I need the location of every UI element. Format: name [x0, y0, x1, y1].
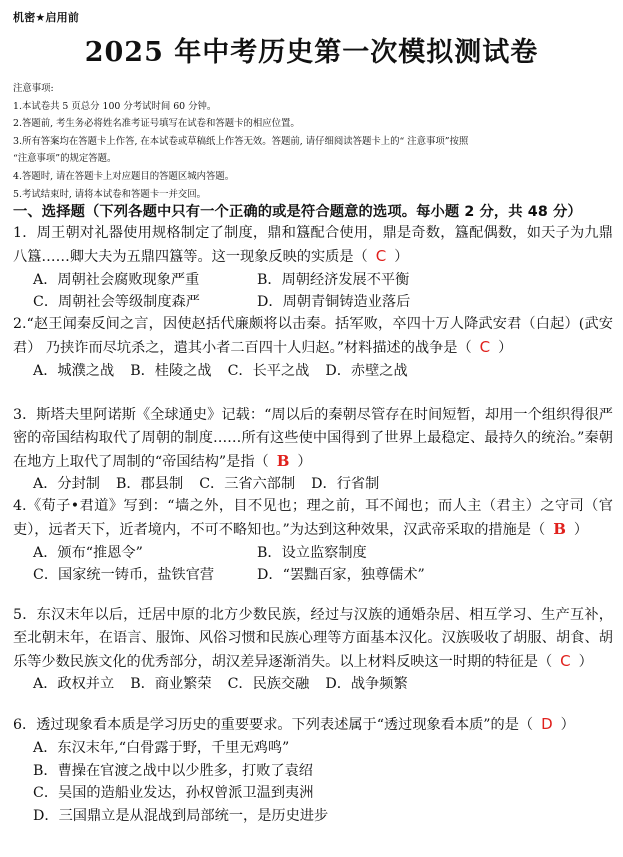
option-b: B．设立监察制度 — [257, 542, 481, 565]
question-stem: 6．透过现象看本质是学习历史的重要要求。下列表述属于“透过现象看本质”的是（D） — [13, 713, 613, 737]
option-c: C．长平之战 — [228, 360, 310, 383]
question-stem: 4.《荀子•君道》写到：“墙之外，目不见也；理之前，耳不闻也；而人主（君主）之守… — [13, 495, 613, 542]
option-a: A．城濮之战 — [33, 360, 114, 383]
confidential-label: 机密★启用前 — [13, 9, 79, 25]
option-d: D．赤壁之战 — [325, 360, 407, 383]
question-stem: 2.“赵王闻秦反间之言，因使赵括代廉颇将以击秦。括军败，卒四十万人降武安君（白起… — [13, 313, 613, 360]
option-d: D．行省制 — [311, 473, 379, 496]
answer-mark: D — [533, 715, 561, 733]
options-row: C．周朝社会等级制度森严D．周朝青铜铸造业落后 — [13, 291, 613, 314]
option-c: C．周朝社会等级制度森严 — [33, 291, 257, 314]
option-b: B．郡县制 — [116, 473, 183, 496]
question-5: 5．东汉末年以后，迁居中原的北方少数民族，经过与汉族的通婚杂居、相互学习、生产互… — [13, 604, 613, 696]
note-item: “注意事项”的规定答题。 — [13, 150, 468, 168]
option-c: C．吴国的造船业发达，孙权曾派卫温到夷洲 — [13, 782, 613, 805]
option-b: B．周朝经济发展不平衡 — [257, 269, 481, 292]
section-heading: 一、选择题（下列各题中只有一个正确的或是符合题意的选项。每小题 2 分，共 48… — [13, 201, 582, 221]
note-item: 4.答题时, 请在答题卡上对应题目的答题区城内答题。 — [13, 168, 468, 186]
option-a: A．政权并立 — [33, 673, 114, 696]
option-b: B．曹操在官渡之战中以少胜多，打败了袁绍 — [13, 760, 613, 783]
options-row: A．周朝社会腐败现象严重B．周朝经济发展不平衡 — [13, 269, 613, 292]
question-stem: 5．东汉末年以后，迁居中原的北方少数民族，经过与汉族的通婚杂居、相互学习、生产互… — [13, 604, 613, 673]
notes-block: 注意事项: 1.本试卷共 5 页总分 100 分考试时间 60 分钟。 2.答题… — [13, 80, 468, 203]
answer-mark: B — [269, 452, 298, 470]
note-item: 1.本试卷共 5 页总分 100 分考试时间 60 分钟。 — [13, 98, 468, 116]
option-b: B．桂陵之战 — [130, 360, 211, 383]
option-c: C．三省六部制 — [199, 473, 295, 496]
notes-heading: 注意事项: — [13, 80, 468, 98]
answer-mark: C — [368, 247, 394, 265]
question-stem: 1．周王朝对礼器使用规格制定了制度，鼎和簋配合使用，鼎是奇数，簋配偶数，如天子为… — [13, 222, 613, 269]
options-row: A．颁布“推恩令”B．设立监察制度 — [13, 542, 613, 565]
option-d: D．周朝青铜铸造业落后 — [257, 291, 481, 314]
option-a: A．分封制 — [33, 473, 100, 496]
option-a: A．东汉末年,“白骨露于野，千里无鸡鸣” — [13, 737, 613, 760]
answer-mark: C — [472, 338, 498, 356]
option-d: D．战争频繁 — [325, 673, 407, 696]
question-stem: 3．斯塔夫里阿诺斯《全球通史》记载：“周以后的秦朝尽管存在时间短暂，却用一个组织… — [13, 404, 613, 473]
note-item: 2.答题前, 考生务必将姓名准考证号填写在试卷和答题卡的相应位置。 — [13, 115, 468, 133]
option-a: A．周朝社会腐败现象严重 — [33, 269, 257, 292]
option-b: B．商业繁荣 — [130, 673, 211, 696]
options-row: A．城濮之战B．桂陵之战C．长平之战D．赤壁之战 — [13, 360, 613, 383]
note-item: 3.所有答案均在答题卡上作答, 在本试卷或草稿纸上作答无效。答题前, 请仔细阅读… — [13, 133, 468, 151]
question-6: 6．透过现象看本质是学习历史的重要要求。下列表述属于“透过现象看本质”的是（D）… — [13, 713, 613, 828]
option-d: D．“罢黜百家，独尊儒术” — [257, 564, 481, 587]
answer-mark: C — [552, 652, 578, 670]
option-d: D．三国鼎立是从混战到局部统一，是历史进步 — [13, 805, 613, 828]
question-1: 1．周王朝对礼器使用规格制定了制度，鼎和簋配合使用，鼎是奇数，簋配偶数，如天子为… — [13, 222, 613, 314]
answer-mark: B — [545, 520, 574, 538]
option-c: C．国家统一铸币，盐铁官营 — [33, 564, 257, 587]
question-4: 4.《荀子•君道》写到：“墙之外，目不见也；理之前，耳不闻也；而人主（君主）之守… — [13, 495, 613, 587]
options-row: A．政权并立B．商业繁荣C．民族交融D．战争频繁 — [13, 673, 613, 696]
question-3: 3．斯塔夫里阿诺斯《全球通史》记载：“周以后的秦朝尽管存在时间短暂，却用一个组织… — [13, 404, 613, 496]
exam-title: 2025 年中考历史第一次模拟测试卷 — [0, 30, 623, 69]
question-2: 2.“赵王闻秦反间之言，因使赵括代廉颇将以击秦。括军败，卒四十万人降武安君（白起… — [13, 313, 613, 382]
options-row: A．分封制B．郡县制C．三省六部制D．行省制 — [13, 473, 613, 496]
exam-page: 机密★启用前 2025 年中考历史第一次模拟测试卷 注意事项: 1.本试卷共 5… — [0, 0, 623, 857]
option-a: A．颁布“推恩令” — [33, 542, 257, 565]
option-c: C．民族交融 — [228, 673, 310, 696]
options-row: C．国家统一铸币，盐铁官营D．“罢黜百家，独尊儒术” — [13, 564, 613, 587]
